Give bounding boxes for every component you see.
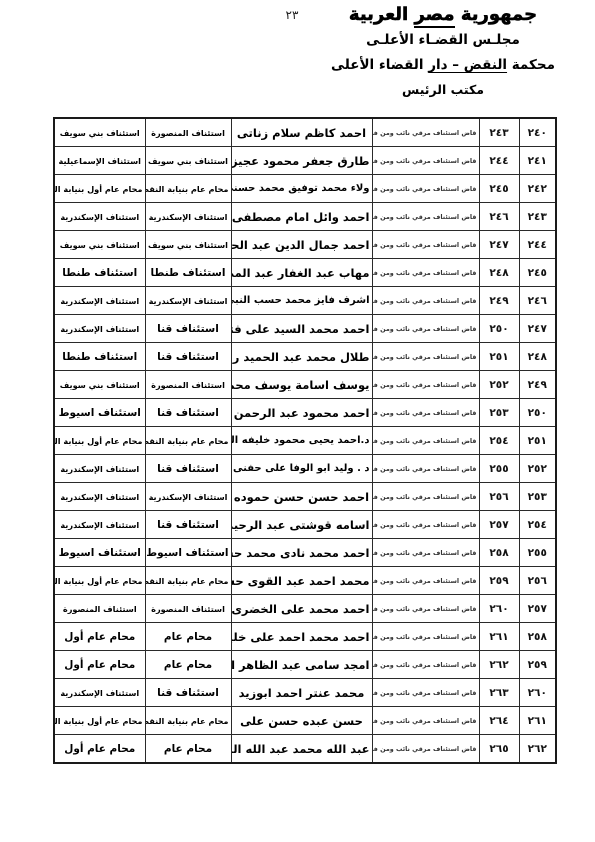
table-row: ٢٥٢٢٥٥قاض استئناف مرقي نائب ومن في درجته… — [54, 455, 556, 483]
order-cell: ٢٥٠ — [479, 315, 519, 343]
serial-cell: ٢٤٧ — [519, 315, 556, 343]
new-post-cell: استئناف الإسكندرية — [54, 511, 145, 539]
court-text-pre: محكمة — [507, 57, 555, 73]
new-post-cell: استئناف اسيوط — [54, 539, 145, 567]
current-post-cell: استئناف قنا — [145, 511, 231, 539]
table-row: ٢٤٠٢٤٣قاض استئناف مرقي نائب ومن في درجته… — [54, 118, 556, 147]
capacity-cell: قاض استئناف مرقي نائب ومن في درجتهم — [372, 483, 479, 511]
serial-cell: ٢٤٢ — [519, 175, 556, 203]
new-post-cell: محام عام أول بنيابة النقض — [54, 707, 145, 735]
table-row: ٢٥٧٢٦٠قاض استئناف مرقي نائب ومن في درجته… — [54, 595, 556, 623]
court-text-underlined: النقض – دار — [428, 57, 507, 73]
order-cell: ٢٤٣ — [479, 118, 519, 147]
serial-cell: ٢٥٣ — [519, 483, 556, 511]
capacity-cell: قاض استئناف مرقي نائب ومن في درجتهم — [372, 175, 479, 203]
table-row: ٢٥٨٢٦١قاض استئناف مرقي نائب ومن في درجته… — [54, 623, 556, 651]
serial-cell: ٢٥٠ — [519, 399, 556, 427]
current-post-cell: استئناف المنصورة — [145, 595, 231, 623]
serial-cell: ٢٥٥ — [519, 539, 556, 567]
order-cell: ٢٥٦ — [479, 483, 519, 511]
new-post-cell: استئناف بني سويف — [54, 371, 145, 399]
judges-roster-table: ٢٤٠٢٤٣قاض استئناف مرقي نائب ومن في درجته… — [53, 117, 557, 764]
new-post-cell: استئناف الإسكندرية — [54, 287, 145, 315]
roster-table-body: ٢٤٠٢٤٣قاض استئناف مرقي نائب ومن في درجته… — [54, 118, 556, 763]
capacity-cell: قاض استئناف مرقي نائب ومن في درجتهم — [372, 623, 479, 651]
name-cell: اشرف فايز محمد حسب النبى عبد النبي — [231, 287, 372, 315]
order-cell: ٢٥١ — [479, 343, 519, 371]
new-post-cell: محام عام أول بنيابة النقض — [54, 427, 145, 455]
serial-cell: ٢٤٩ — [519, 371, 556, 399]
order-cell: ٢٤٩ — [479, 287, 519, 315]
table-row: ٢٥٤٢٥٧قاض استئناف مرقي نائب ومن في درجته… — [54, 511, 556, 539]
page-number: ٢٣ — [272, 8, 312, 22]
table-row: ٢٤٧٢٥٠قاض استئناف مرقي نائب ومن في درجته… — [54, 315, 556, 343]
current-post-cell: استئناف الإسكندرية — [145, 483, 231, 511]
order-cell: ٢٤٧ — [479, 231, 519, 259]
serial-cell: ٢٤٨ — [519, 343, 556, 371]
serial-cell: ٢٦٠ — [519, 679, 556, 707]
name-cell: عبد الله محمد عبد الله السيد — [231, 735, 372, 764]
order-cell: ٢٥٧ — [479, 511, 519, 539]
table-row: ٢٤٣٢٤٦قاض استئناف مرقي نائب ومن في درجته… — [54, 203, 556, 231]
new-post-cell: استئناف الإسكندرية — [54, 455, 145, 483]
capacity-cell: قاض استئناف مرقي نائب ومن في درجتهم — [372, 567, 479, 595]
current-post-cell: محام عام — [145, 735, 231, 764]
name-cell: حسن عبده حسن على — [231, 707, 372, 735]
order-cell: ٢٦٠ — [479, 595, 519, 623]
capacity-cell: قاض استئناف مرقي نائب ومن في درجتهم — [372, 259, 479, 287]
new-post-cell: محام عام أول بنيابة النقض — [54, 567, 145, 595]
current-post-cell: استئناف بني سويف — [145, 147, 231, 175]
order-cell: ٢٦٢ — [479, 651, 519, 679]
current-post-cell: محام عام بنيابة النقض — [145, 427, 231, 455]
serial-cell: ٢٤٥ — [519, 259, 556, 287]
name-cell: احمد جمال الدين عبد الحليم عمر — [231, 231, 372, 259]
capacity-cell: قاض استئناف مرقي نائب ومن في درجتهم — [372, 147, 479, 175]
office-title: مكتب الرئيس — [325, 82, 561, 97]
capacity-cell: قاض استئناف مرقي نائب ومن في درجتهم — [372, 343, 479, 371]
name-cell: د . وليد ابو الوفا على حفنى الشرقاوى — [231, 455, 372, 483]
capacity-cell: قاض استئناف مرقي نائب ومن في درجتهم — [372, 679, 479, 707]
current-post-cell: استئناف قنا — [145, 679, 231, 707]
new-post-cell: استئناف طنطا — [54, 259, 145, 287]
order-cell: ٢٦٥ — [479, 735, 519, 764]
order-cell: ٢٥٣ — [479, 399, 519, 427]
table-row: ٢٤٩٢٥٢قاض استئناف مرقي نائب ومن في درجته… — [54, 371, 556, 399]
serial-cell: ٢٥٩ — [519, 651, 556, 679]
table-row: ٢٦١٢٦٤قاض استئناف مرقي نائب ومن في درجته… — [54, 707, 556, 735]
council-title: مجلـس القضـاء الأعلـى — [325, 32, 561, 48]
serial-cell: ٢٤٠ — [519, 118, 556, 147]
new-post-cell: استئناف بني سويف — [54, 118, 145, 147]
serial-cell: ٢٥٧ — [519, 595, 556, 623]
capacity-cell: قاض استئناف مرقي نائب ومن في درجتهم — [372, 399, 479, 427]
serial-cell: ٢٤٤ — [519, 231, 556, 259]
table-row: ٢٥٩٢٦٢قاض استئناف مرقي نائب ومن في درجته… — [54, 651, 556, 679]
new-post-cell: استئناف المنصورة — [54, 595, 145, 623]
capacity-cell: قاض استئناف مرقي نائب ومن في درجتهم — [372, 539, 479, 567]
serial-cell: ٢٤١ — [519, 147, 556, 175]
name-cell: يوسف اسامة يوسف محمد عز الدين — [231, 371, 372, 399]
capacity-cell: قاض استئناف مرقي نائب ومن في درجتهم — [372, 707, 479, 735]
document-page: ٢٣ جمهورية مصر العربية مجلـس القضـاء الأ… — [0, 0, 595, 842]
capacity-cell: قاض استئناف مرقي نائب ومن في درجتهم — [372, 203, 479, 231]
serial-cell: ٢٦٢ — [519, 735, 556, 764]
new-post-cell: استئناف الإسكندرية — [54, 315, 145, 343]
new-post-cell: استئناف طنطا — [54, 343, 145, 371]
current-post-cell: استئناف المنصورة — [145, 371, 231, 399]
order-cell: ٢٥٢ — [479, 371, 519, 399]
name-cell: احمد محمد احمد على خليل — [231, 623, 372, 651]
name-cell: احمد حسن حسن حموده — [231, 483, 372, 511]
serial-cell: ٢٥٦ — [519, 567, 556, 595]
current-post-cell: محام عام بنيابة النقض — [145, 707, 231, 735]
name-cell: ولاء محمد توفيق محمد حسنى توفيق الدرش — [231, 175, 372, 203]
order-cell: ٢٥٤ — [479, 427, 519, 455]
current-post-cell: محام عام — [145, 623, 231, 651]
current-post-cell: استئناف قنا — [145, 399, 231, 427]
table-row: ٢٤٥٢٤٨قاض استئناف مرقي نائب ومن في درجته… — [54, 259, 556, 287]
order-cell: ٢٤٨ — [479, 259, 519, 287]
table-row: ٢٥٥٢٥٨قاض استئناف مرقي نائب ومن في درجته… — [54, 539, 556, 567]
court-title: محكمة النقض – دار القضاء الأعلى — [325, 57, 561, 73]
new-post-cell: استئناف اسيوط — [54, 399, 145, 427]
current-post-cell: استئناف قنا — [145, 343, 231, 371]
capacity-cell: قاض استئناف مرقي نائب ومن في درجتهم — [372, 118, 479, 147]
order-cell: ٢٥٥ — [479, 455, 519, 483]
current-post-cell: استئناف بني سويف — [145, 231, 231, 259]
new-post-cell: محام عام أول — [54, 651, 145, 679]
table-row: ٢٤٦٢٤٩قاض استئناف مرقي نائب ومن في درجته… — [54, 287, 556, 315]
serial-cell: ٢٥٤ — [519, 511, 556, 539]
table-row: ٢٥٦٢٥٩قاض استئناف مرقي نائب ومن في درجته… — [54, 567, 556, 595]
name-cell: اسامه قوشتى عبد الرحيم ابراهيم — [231, 511, 372, 539]
order-cell: ٢٤٦ — [479, 203, 519, 231]
order-cell: ٢٥٨ — [479, 539, 519, 567]
current-post-cell: محام عام بنيابة النقض — [145, 567, 231, 595]
table-row: ٢٥٠٢٥٣قاض استئناف مرقي نائب ومن في درجته… — [54, 399, 556, 427]
order-cell: ٢٥٩ — [479, 567, 519, 595]
name-cell: امجد سامى عبد الظاهر المنوفى — [231, 651, 372, 679]
order-cell: ٢٤٥ — [479, 175, 519, 203]
order-cell: ٢٤٤ — [479, 147, 519, 175]
order-cell: ٢٦١ — [479, 623, 519, 651]
name-cell: احمد محمد نادى محمد حسن — [231, 539, 372, 567]
current-post-cell: استئناف المنصورة — [145, 118, 231, 147]
capacity-cell: قاض استئناف مرقي نائب ومن في درجتهم — [372, 287, 479, 315]
capacity-cell: قاض استئناف مرقي نائب ومن في درجتهم — [372, 595, 479, 623]
new-post-cell: استئناف الإسماعيلية — [54, 147, 145, 175]
name-cell: طلال محمد عبد الحميد رضوان — [231, 343, 372, 371]
serial-cell: ٢٦١ — [519, 707, 556, 735]
name-cell: د.احمد يحيى محمود خليفه الزناتى — [231, 427, 372, 455]
name-cell: احمد محمد السيد على فتح الباب — [231, 315, 372, 343]
new-post-cell: محام عام أول بنيابة النقض — [54, 175, 145, 203]
serial-cell: ٢٥٨ — [519, 623, 556, 651]
table-row: ٢٦٢٢٦٥قاض استئناف مرقي نائب ومن في درجته… — [54, 735, 556, 764]
table-row: ٢٤٨٢٥١قاض استئناف مرقي نائب ومن في درجته… — [54, 343, 556, 371]
capacity-cell: قاض استئناف مرقي نائب ومن في درجتهم — [372, 735, 479, 764]
serial-cell: ٢٥٢ — [519, 455, 556, 483]
new-post-cell: محام عام أول — [54, 623, 145, 651]
emblem-text-pre: جمهورية — [455, 4, 538, 25]
capacity-cell: قاض استئناف مرقي نائب ومن في درجتهم — [372, 455, 479, 483]
document-header: جمهورية مصر العربية مجلـس القضـاء الأعلـ… — [325, 4, 561, 97]
new-post-cell: استئناف بني سويف — [54, 231, 145, 259]
name-cell: محمد احمد عبد القوى حسن ايوب — [231, 567, 372, 595]
current-post-cell: استئناف قنا — [145, 455, 231, 483]
new-post-cell: استئناف الإسكندرية — [54, 679, 145, 707]
capacity-cell: قاض استئناف مرقي نائب ومن في درجتهم — [372, 511, 479, 539]
name-cell: احمد محمود عبد الرحمن احمد — [231, 399, 372, 427]
emblem-text-post: العربية — [349, 4, 415, 25]
capacity-cell: قاض استئناف مرقي نائب ومن في درجتهم — [372, 427, 479, 455]
name-cell: مهاب عبد الغفار عبد المطلب حسن — [231, 259, 372, 287]
name-cell: احمد محمد على الخضرى — [231, 595, 372, 623]
name-cell: احمد كاظم سلام زناتى — [231, 118, 372, 147]
name-cell: محمد عنتر احمد ابوزيد — [231, 679, 372, 707]
current-post-cell: محام عام — [145, 651, 231, 679]
republic-emblem-title: جمهورية مصر العربية — [325, 4, 561, 25]
current-post-cell: استئناف قنا — [145, 315, 231, 343]
capacity-cell: قاض استئناف مرقي نائب ومن في درجتهم — [372, 651, 479, 679]
table-row: ٢٤٢٢٤٥قاض استئناف مرقي نائب ومن في درجته… — [54, 175, 556, 203]
current-post-cell: استئناف اسيوط — [145, 539, 231, 567]
current-post-cell: استئناف طنطا — [145, 259, 231, 287]
capacity-cell: قاض استئناف مرقي نائب ومن في درجتهم — [372, 231, 479, 259]
new-post-cell: استئناف الإسكندرية — [54, 203, 145, 231]
capacity-cell: قاض استئناف مرقي نائب ومن في درجتهم — [372, 315, 479, 343]
order-cell: ٢٦٤ — [479, 707, 519, 735]
table-row: ٢٥٣٢٥٦قاض استئناف مرقي نائب ومن في درجته… — [54, 483, 556, 511]
serial-cell: ٢٤٦ — [519, 287, 556, 315]
table-row: ٢٥١٢٥٤قاض استئناف مرقي نائب ومن في درجته… — [54, 427, 556, 455]
name-cell: احمد وائل امام مصطفى ابراهيم — [231, 203, 372, 231]
order-cell: ٢٦٣ — [479, 679, 519, 707]
capacity-cell: قاض استئناف مرقي نائب ومن في درجتهم — [372, 371, 479, 399]
table-row: ٢٤١٢٤٤قاض استئناف مرقي نائب ومن في درجته… — [54, 147, 556, 175]
current-post-cell: استئناف الإسكندرية — [145, 287, 231, 315]
table-row: ٢٤٤٢٤٧قاض استئناف مرقي نائب ومن في درجته… — [54, 231, 556, 259]
name-cell: طارق جعفر محمود عجيزة — [231, 147, 372, 175]
current-post-cell: استئناف الإسكندرية — [145, 203, 231, 231]
court-text-post: القضاء الأعلى — [331, 57, 428, 73]
new-post-cell: استئناف الإسكندرية — [54, 483, 145, 511]
emblem-text-underlined: مصر — [414, 4, 454, 28]
current-post-cell: محام عام بنيابة النقض — [145, 175, 231, 203]
new-post-cell: محام عام أول — [54, 735, 145, 764]
table-row: ٢٦٠٢٦٣قاض استئناف مرقي نائب ومن في درجته… — [54, 679, 556, 707]
serial-cell: ٢٤٣ — [519, 203, 556, 231]
serial-cell: ٢٥١ — [519, 427, 556, 455]
